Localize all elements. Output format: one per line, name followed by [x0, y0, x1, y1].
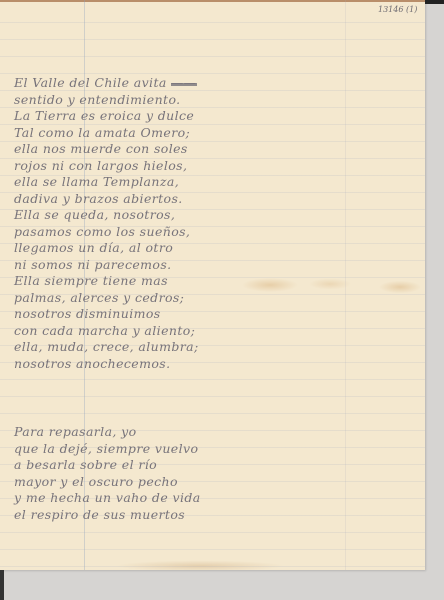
poem-line: ella nos muerde con soles [14, 141, 199, 158]
poem-line: y me hecha un vaho de vida [14, 490, 201, 507]
poem-line: palmas, alerces y cedros; [14, 290, 199, 307]
poem-line: ella se llama Templanza, [14, 174, 199, 191]
manuscript-page: 13146 (1) El Valle del Chile avita—— sen… [0, 0, 425, 570]
stanza-1: El Valle del Chile avita—— sentido y ent… [14, 75, 199, 372]
poem-line: Ella siempre tiene mas [14, 273, 199, 290]
poem-line: a besarla sobre el río [14, 457, 201, 474]
poem-line: nosotros disminuimos [14, 306, 199, 323]
poem-line: rojos ni con largos hielos, [14, 158, 199, 175]
stanza-2: Para repasarla, yo que la dejé, siempre … [14, 424, 201, 523]
poem-line: con cada marcha y aliento; [14, 323, 199, 340]
archive-id-label: 13146 (1) [378, 5, 417, 14]
poem-line-text: El Valle del Chile avita [14, 75, 167, 90]
poem-line: El Valle del Chile avita—— [14, 75, 199, 92]
poem-line: sentido y entendimiento. [14, 92, 199, 109]
poem-line: que la dejé, siempre vuelvo [14, 441, 201, 458]
poem-line: mayor y el oscuro pecho [14, 474, 201, 491]
poem-line: nosotros anochecemos. [14, 356, 199, 373]
right-margin-line [345, 0, 346, 570]
poem-line: dadiva y brazos abiertos. [14, 191, 199, 208]
poem-line: ella, muda, crece, alumbra; [14, 339, 199, 356]
poem-line: Tal como la amata Omero; [14, 125, 199, 142]
poem-line: Ella se queda, nosotros, [14, 207, 199, 224]
poem-line: pasamos como los sueños, [14, 224, 199, 241]
scan-edge-dark-bottom [0, 570, 4, 600]
scan-edge-dark [425, 0, 444, 4]
poem-line: llegamos un día, al otro [14, 240, 199, 257]
poem-line: Para repasarla, yo [14, 424, 201, 441]
poem-line: ni somos ni parecemos. [14, 257, 199, 274]
struck-out-word: —— [171, 75, 197, 92]
poem-line: el respiro de sus muertos [14, 507, 201, 524]
poem-line: La Tierra es eroica y dulce [14, 108, 199, 125]
